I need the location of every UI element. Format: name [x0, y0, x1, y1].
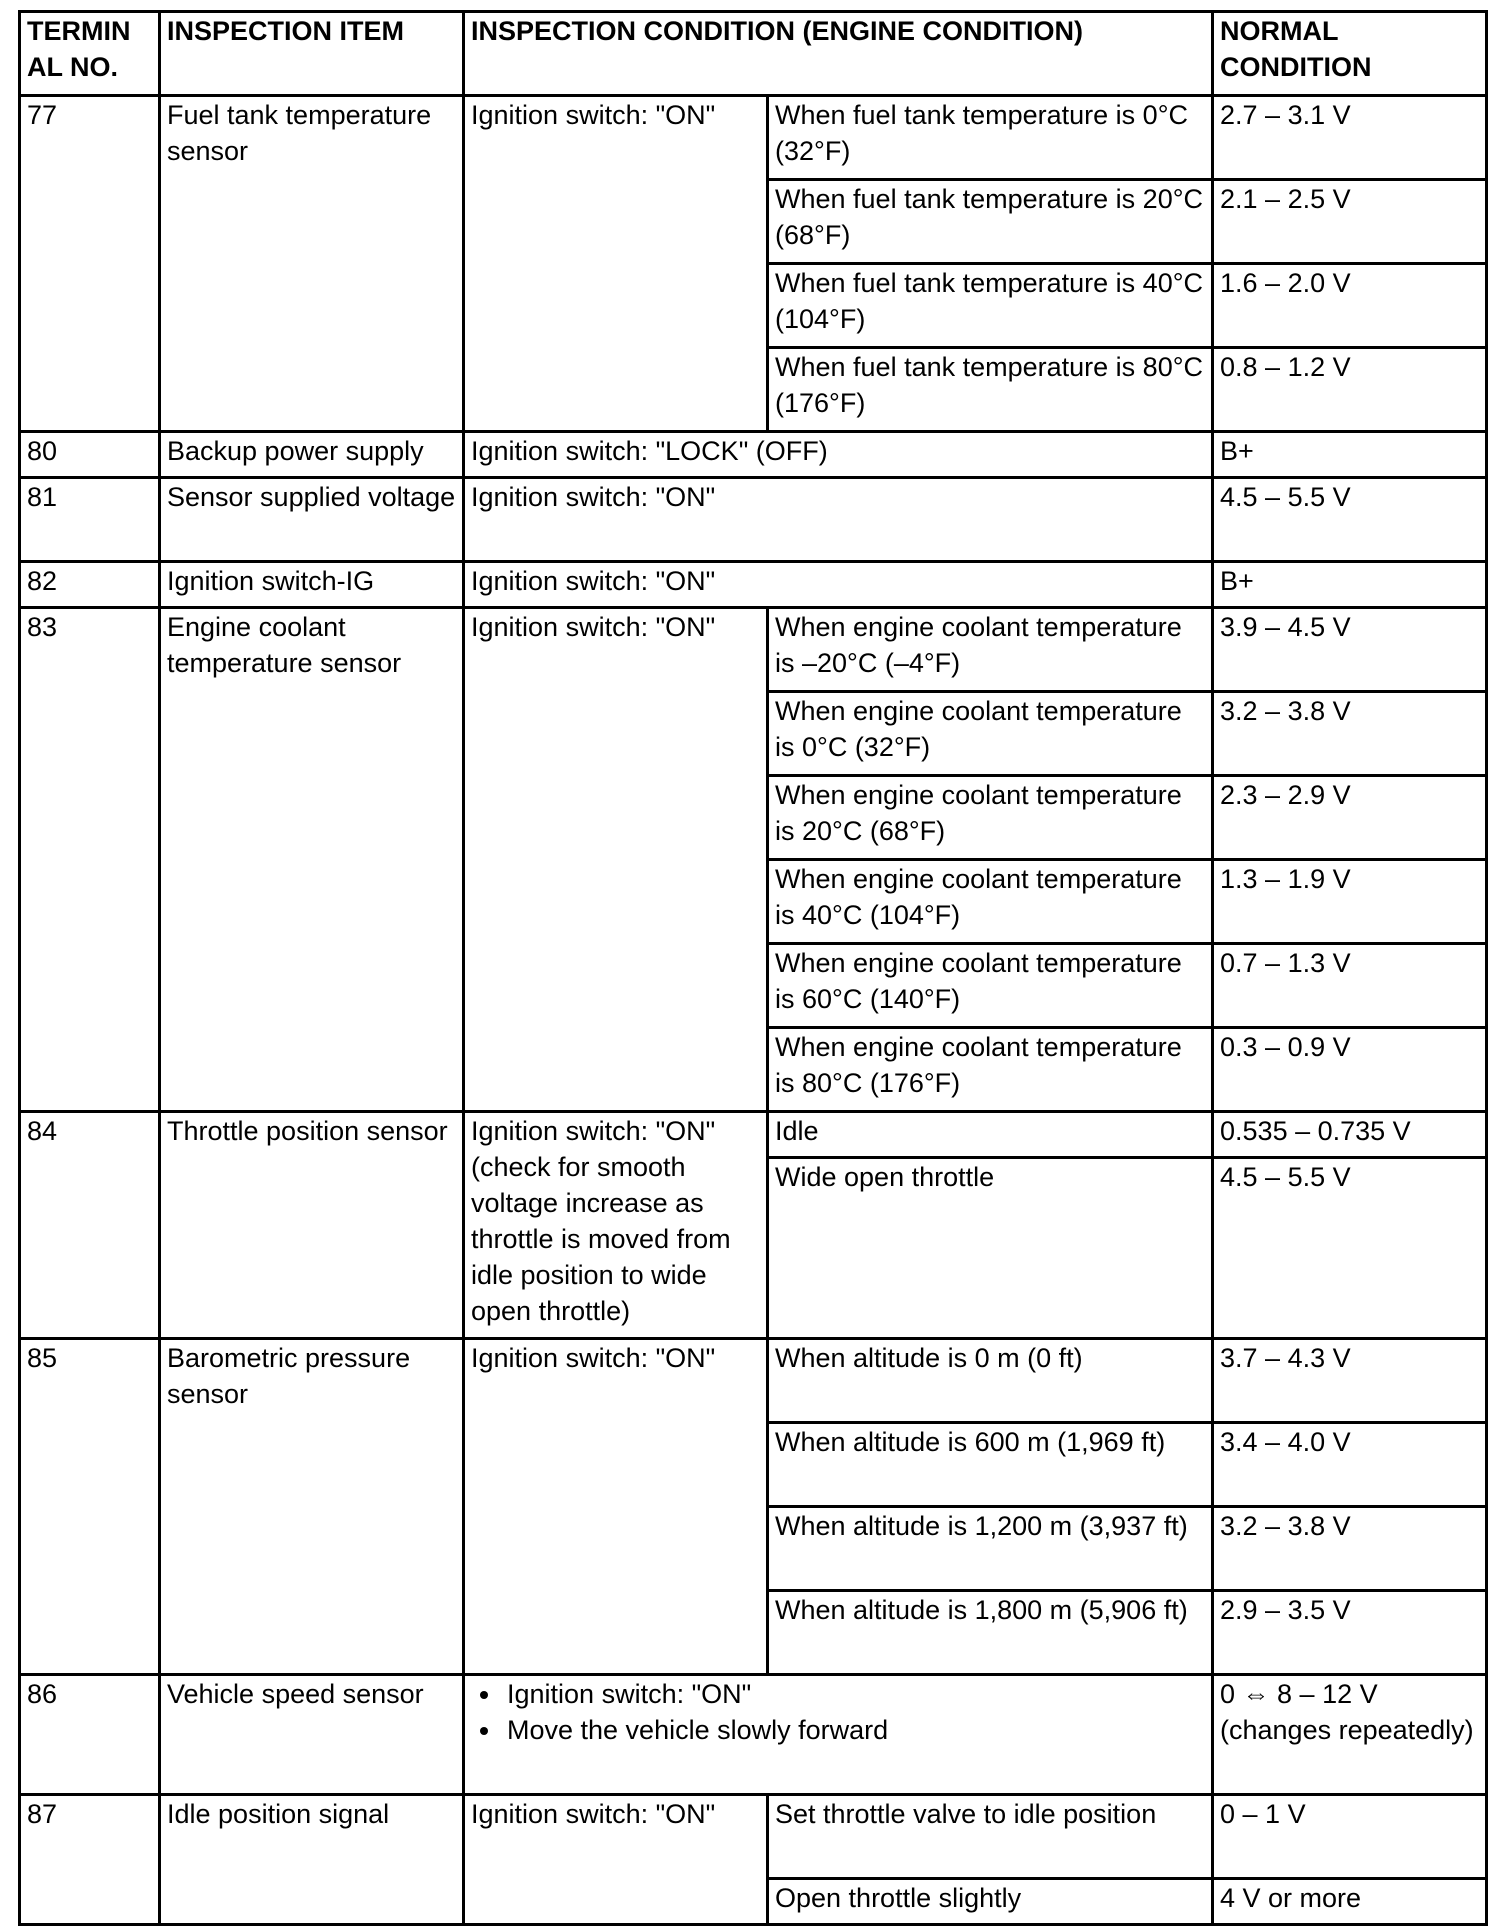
sub-condition-cell: Idle	[768, 1112, 1213, 1158]
normal-condition-cell: 0 – 1 V	[1213, 1795, 1487, 1879]
normal-condition-cell: 0 ⇔ 8 – 12 V (changes repeatedly)	[1213, 1675, 1487, 1795]
inspection-condition-cell: Ignition switch: "LOCK" (OFF)	[464, 432, 1213, 478]
inspection-item-cell: Sensor supplied voltage	[160, 478, 464, 562]
condition-list-item: Move the vehicle slowly forward	[503, 1712, 1205, 1748]
table-body: 77Fuel tank temperature sensorIgnition s…	[20, 96, 1487, 1925]
inspection-item-cell: Throttle position sensor	[160, 1112, 464, 1339]
table-row: 81Sensor supplied voltageIgnition switch…	[20, 478, 1487, 562]
normal-condition-cell: 4.5 – 5.5 V	[1213, 478, 1487, 562]
table-row: 83Engine coolant temperature sensorIgnit…	[20, 608, 1487, 692]
normal-condition-cell: 3.7 – 4.3 V	[1213, 1339, 1487, 1423]
terminal-no-cell: 84	[20, 1112, 160, 1339]
sub-condition-cell: When altitude is 0 m (0 ft)	[768, 1339, 1213, 1423]
normal-condition-cell: 0.7 – 1.3 V	[1213, 944, 1487, 1028]
sub-condition-cell: Set throttle valve to idle position	[768, 1795, 1213, 1879]
terminal-no-cell: 80	[20, 432, 160, 478]
inspection-condition-cell: Ignition switch: "ON"	[464, 96, 768, 432]
inspection-condition-cell: Ignition switch: "ON"Move the vehicle sl…	[464, 1675, 1213, 1795]
normal-condition-cell: 4 V or more	[1213, 1879, 1487, 1925]
sub-condition-cell: When engine coolant temperature is 40°C …	[768, 860, 1213, 944]
inspection-condition-cell: Ignition switch: "ON"	[464, 1339, 768, 1675]
sub-condition-cell: When engine coolant temperature is –20°C…	[768, 608, 1213, 692]
terminal-no-cell: 81	[20, 478, 160, 562]
table-row: 80Backup power supplyIgnition switch: "L…	[20, 432, 1487, 478]
sub-condition-cell: When fuel tank temperature is 40°C (104°…	[768, 264, 1213, 348]
normal-condition-cell: 3.2 – 3.8 V	[1213, 692, 1487, 776]
inspection-condition-cell: Ignition switch: "ON" (check for smooth …	[464, 1112, 768, 1339]
table-row: 87Idle position signalIgnition switch: "…	[20, 1795, 1487, 1879]
table-row: 84Throttle position sensorIgnition switc…	[20, 1112, 1487, 1158]
inspection-item-cell: Backup power supply	[160, 432, 464, 478]
terminal-no-cell: 83	[20, 608, 160, 1112]
terminal-no-cell: 77	[20, 96, 160, 432]
header-row: TERMIN AL NO. INSPECTION ITEM INSPECTION…	[20, 12, 1487, 96]
inspection-item-cell: Fuel tank temperature sensor	[160, 96, 464, 432]
inspection-item-cell: Ignition switch-IG	[160, 562, 464, 608]
terminal-no-cell: 86	[20, 1675, 160, 1795]
normal-condition-cell: 3.2 – 3.8 V	[1213, 1507, 1487, 1591]
sub-condition-cell: When fuel tank temperature is 0°C (32°F)	[768, 96, 1213, 180]
normal-condition-cell: 2.3 – 2.9 V	[1213, 776, 1487, 860]
inspection-condition-cell: Ignition switch: "ON"	[464, 562, 1213, 608]
terminal-no-cell: 87	[20, 1795, 160, 1925]
normal-condition-cell: 2.1 – 2.5 V	[1213, 180, 1487, 264]
header-inspection-item: INSPECTION ITEM	[160, 12, 464, 96]
inspection-item-cell: Barometric pressure sensor	[160, 1339, 464, 1675]
sub-condition-cell: Wide open throttle	[768, 1158, 1213, 1339]
normal-condition-cell: 3.9 – 4.5 V	[1213, 608, 1487, 692]
header-inspection-condition: INSPECTION CONDITION (ENGINE CONDITION)	[464, 12, 1213, 96]
normal-condition-cell: B+	[1213, 562, 1487, 608]
condition-list-item: Ignition switch: "ON"	[503, 1676, 1205, 1712]
table-row: 82Ignition switch-IGIgnition switch: "ON…	[20, 562, 1487, 608]
sub-condition-cell: When engine coolant temperature is 80°C …	[768, 1028, 1213, 1112]
table-row: 85Barometric pressure sensorIgnition swi…	[20, 1339, 1487, 1423]
inspection-table: TERMIN AL NO. INSPECTION ITEM INSPECTION…	[18, 10, 1488, 1926]
table-row: 86Vehicle speed sensorIgnition switch: "…	[20, 1675, 1487, 1795]
sub-condition-cell: Open throttle slightly	[768, 1879, 1213, 1925]
inspection-item-cell: Engine coolant temperature sensor	[160, 608, 464, 1112]
sub-condition-cell: When fuel tank temperature is 80°C (176°…	[768, 348, 1213, 432]
normal-condition-cell: 4.5 – 5.5 V	[1213, 1158, 1487, 1339]
terminal-no-cell: 82	[20, 562, 160, 608]
inspection-condition-cell: Ignition switch: "ON"	[464, 478, 1213, 562]
table-row: 77Fuel tank temperature sensorIgnition s…	[20, 96, 1487, 180]
sub-condition-cell: When altitude is 600 m (1,969 ft)	[768, 1423, 1213, 1507]
sub-condition-cell: When engine coolant temperature is 20°C …	[768, 776, 1213, 860]
sub-condition-cell: When altitude is 1,200 m (3,937 ft)	[768, 1507, 1213, 1591]
normal-condition-cell: 2.7 – 3.1 V	[1213, 96, 1487, 180]
sub-condition-cell: When engine coolant temperature is 60°C …	[768, 944, 1213, 1028]
sub-condition-cell: When fuel tank temperature is 20°C (68°F…	[768, 180, 1213, 264]
normal-condition-cell: 3.4 – 4.0 V	[1213, 1423, 1487, 1507]
inspection-item-cell: Vehicle speed sensor	[160, 1675, 464, 1795]
normal-condition-cell: 0.8 – 1.2 V	[1213, 348, 1487, 432]
inspection-condition-cell: Ignition switch: "ON"	[464, 608, 768, 1112]
inspection-condition-cell: Ignition switch: "ON"	[464, 1795, 768, 1925]
normal-condition-cell: B+	[1213, 432, 1487, 478]
terminal-no-cell: 85	[20, 1339, 160, 1675]
normal-condition-cell: 0.535 – 0.735 V	[1213, 1112, 1487, 1158]
sub-condition-cell: When engine coolant temperature is 0°C (…	[768, 692, 1213, 776]
header-normal-condition: NORMAL CONDITION	[1213, 12, 1487, 96]
normal-condition-cell: 1.3 – 1.9 V	[1213, 860, 1487, 944]
normal-condition-cell: 0.3 – 0.9 V	[1213, 1028, 1487, 1112]
condition-list: Ignition switch: "ON"Move the vehicle sl…	[471, 1676, 1205, 1748]
header-terminal-no: TERMIN AL NO.	[20, 12, 160, 96]
normal-condition-cell: 1.6 – 2.0 V	[1213, 264, 1487, 348]
normal-condition-cell: 2.9 – 3.5 V	[1213, 1591, 1487, 1675]
sub-condition-cell: When altitude is 1,800 m (5,906 ft)	[768, 1591, 1213, 1675]
inspection-item-cell: Idle position signal	[160, 1795, 464, 1925]
